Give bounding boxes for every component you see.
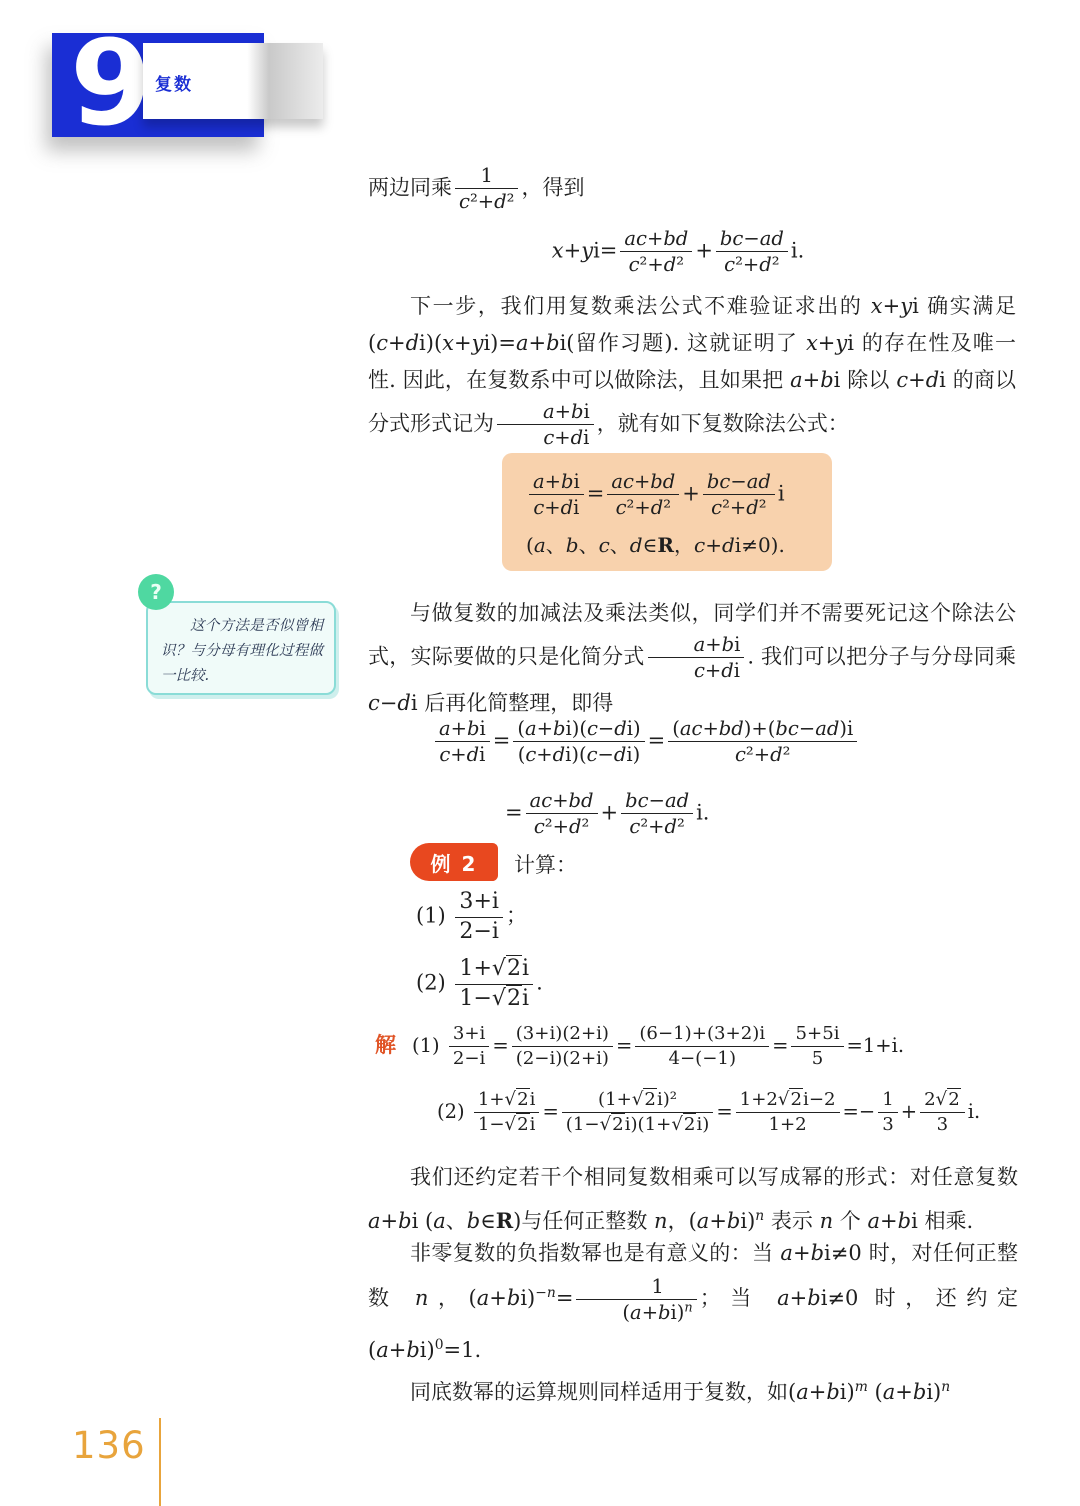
division-formula: a+bic+di=ac+bdc²+d²+bc−adc²+d²i	[526, 469, 785, 521]
paragraph-multiply-both-sides: 两边同乘1c²+d²，得到	[368, 163, 1016, 215]
paragraph-simplify-fraction: 与做复数的加减法及乘法类似，同学们并不需要死记这个除法公式，实际要做的只是化简分…	[368, 594, 1016, 722]
solution-line-1: 解(1) 3+i2−i=(3+i)(2+i)(2−i)(2+i)=(6−1)+(…	[375, 1022, 1035, 1070]
derivation-line-1: a+bic+di=(a+bi)(c−di)(c+di)(c−di)=(ac+bd…	[432, 716, 1032, 768]
solution-line-2: (2) 1+√2i1−√2i=(1+√2i)²(1−√2i)(1+√2i)=1+…	[375, 1088, 1055, 1136]
chapter-number: 9	[70, 27, 152, 139]
paragraph-power-convention: 我们还约定若干个相同复数相乘可以写成幂的形式：对任意复数 a+bi (a、b∈R…	[368, 1158, 1018, 1241]
question-icon: ?	[138, 574, 174, 610]
example-2-badge: 例 2	[410, 843, 498, 881]
derivation-line-2: =ac+bdc²+d²+bc−adc²+d²i.	[505, 788, 1025, 840]
footer-rule	[159, 1418, 161, 1506]
formula-x-plus-yi: x+yi=ac+bdc²+d²+bc−adc²+d²i.	[368, 226, 988, 278]
division-formula-box: a+bic+di=ac+bdc²+d²+bc−adc²+d²i (a、b、c、d…	[502, 453, 832, 571]
division-formula-condition: (a、b、c、d∈R，c+di≠0).	[526, 529, 785, 558]
paragraph-negative-power: 非零复数的负指数幂也是有意义的：当 a+bi≠0 时，对任何正整数 n，(a+b…	[368, 1233, 1018, 1370]
page-number: 136	[72, 1424, 146, 1467]
textbook-page: 9 复数 两边同乘1c²+d²，得到 x+yi=ac+bdc²+d²+bc−ad…	[0, 0, 1080, 1506]
paragraph-next-step: 下一步，我们用复数乘法公式不难验证求出的 x+yi 确实满足(c+di)(x+y…	[368, 288, 1016, 451]
callout-box: 这个方法是否似曾相识？与分母有理化过程做一比较.	[146, 601, 336, 695]
example-lead: 计算：	[514, 849, 577, 879]
example-item-2: (2) 1+√2i1−√2i.	[416, 955, 543, 1013]
solution-step-1: (1) 3+i2−i=(3+i)(2+i)(2−i)(2+i)=(6−1)+(3…	[412, 1034, 904, 1057]
paragraph-same-base-powers: 同底数幂的运算规则同样适用于复数，如(a+bi)m (a+bi)n	[368, 1368, 1018, 1412]
chapter-title: 复数	[155, 70, 193, 95]
solution-label: 解	[375, 1032, 396, 1057]
solution-step-2: (2) 1+√2i1−√2i=(1+√2i)²(1−√2i)(1+√2i)=1+…	[437, 1100, 980, 1123]
chapter-title-panel: 复数	[143, 43, 323, 119]
callout-text: 这个方法是否似曾相识？与分母有理化过程做一比较.	[148, 603, 334, 689]
example-item-1: (1) 3+i2−i；	[416, 888, 527, 946]
